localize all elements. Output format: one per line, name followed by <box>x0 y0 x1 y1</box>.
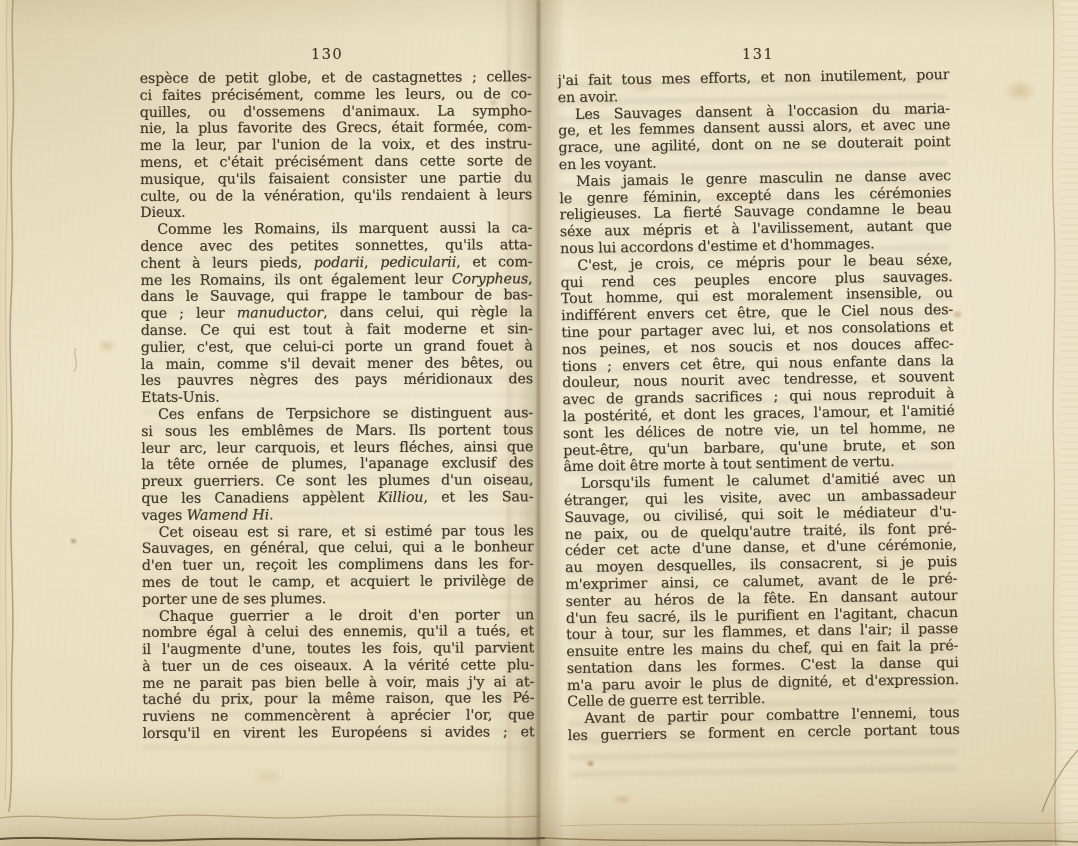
text-line: vages Wamend Hi. <box>141 506 533 525</box>
text-line: ci faites précisément, comme les leurs, … <box>140 86 532 105</box>
fox-stain <box>998 74 1042 108</box>
fox-stain <box>94 336 120 356</box>
text-line: à tuer un de ces oiseaux. A la vérité ce… <box>142 657 534 676</box>
text-line: ruviens ne commencèrent à aprécier l'or,… <box>142 707 534 726</box>
text-line: dence avec des petites sonnettes, qu'ils… <box>140 237 532 256</box>
left-deckle-line <box>9 0 13 812</box>
margin-scratch <box>74 348 76 372</box>
text-line: musique, qu'ils faisaient consister une … <box>140 170 532 189</box>
page-right-text-block: j'ai fait tous mes efforts, et non inuti… <box>557 67 960 745</box>
text-line: que ; leur manuductor, dans celui, qui r… <box>141 304 533 323</box>
text-line: me la leur, par l'union de la voix, et d… <box>140 136 532 155</box>
fox-stain <box>248 766 288 788</box>
text-line: preux guerriers. Ce sont les plumes d'un… <box>141 472 533 491</box>
text-line: Ces enfans de Terpsichore se distinguent… <box>141 405 533 424</box>
text-line: lorsqu'il en virent les Européens si avi… <box>142 724 534 743</box>
paragraph: Mais jamais le genre masculin ne danse a… <box>559 168 952 258</box>
text-line: espèce de petit globe, et de castagnette… <box>140 69 532 88</box>
text-line: quilles, ou d'ossemens d'animaux. La sym… <box>140 103 532 122</box>
right-page-fore-edge <box>1052 0 1078 846</box>
text-line: Chaque guerrier a le droit d'en porter u… <box>142 607 534 626</box>
paragraph: Les Sauvages dansent à l'occasion du mar… <box>558 101 951 174</box>
right-edge-line <box>1053 0 1056 846</box>
text-line: Sauvages, en général, que celui, qui a l… <box>142 539 534 558</box>
text-line: dans le Sauvage, qui frappe le tambour d… <box>140 288 532 307</box>
fox-stain <box>584 758 597 769</box>
text-line: que les Canadiens appèlent Killiou, et l… <box>141 489 533 508</box>
text-line: Etats-Unis. <box>141 388 533 407</box>
text-line: taché du prix, pour la même raison, que … <box>142 691 534 710</box>
text-line: nombre égal à celui des ennemis, qu'il a… <box>142 623 534 642</box>
paragraph: Avant de partir pour combattre l'ennemi,… <box>567 705 959 745</box>
text-line: il l'augmente d'une, toutes les fois, qu… <box>142 640 534 659</box>
corner-crack <box>1042 750 1078 812</box>
bottom-page-edge-shading <box>0 804 1078 846</box>
text-line: culte, ou de la vénération, qu'ils renda… <box>140 187 532 206</box>
text-line: mes de tout le camp, et acquiert le priv… <box>142 573 534 592</box>
book-scan: 130 131 espèce de petit globe, et de cas… <box>0 0 1078 846</box>
text-line: les pauvres nègres des pays méridionaux … <box>141 371 533 390</box>
text-line: leur arc, leur carquois, et leurs fléche… <box>141 439 533 458</box>
paragraph: Chaque guerrier a le droit d'en porter u… <box>142 607 535 743</box>
text-line: danse. Ce qui est tout à fait moderne et… <box>141 321 533 340</box>
paragraph: C'est, je crois, ce mépris pour le beau … <box>560 252 955 476</box>
text-line: mens, et c'était précisément dans cette … <box>140 153 532 172</box>
text-line: Cet oiseau est si rare, et si estimé par… <box>142 523 534 542</box>
gutter-crease-dark <box>537 0 540 846</box>
text-line: porter une de ses plumes. <box>142 590 534 609</box>
text-line: si sous les emblêmes de Mars. Ils porten… <box>141 422 533 441</box>
fox-stain <box>608 792 636 807</box>
text-line: gulier, c'est, que celui-ci porte un gra… <box>141 338 533 357</box>
text-line: me les Romains, ils ont également leur C… <box>140 271 532 290</box>
paragraph: Ces enfans de Terpsichore se distinguent… <box>141 405 534 524</box>
left-page-deckle-edge <box>0 0 16 846</box>
page-number-right: 131 <box>562 47 954 63</box>
text-line: nie, la plus favorite des Grecs, était f… <box>140 120 532 139</box>
bottom-right-page-line <box>560 822 1078 826</box>
text-line: me ne parait pas bien belle à voir, mais… <box>142 674 534 693</box>
text-line: Comme les Romains, ils marquent aussi la… <box>140 220 532 239</box>
paragraph: espèce de petit globe, et de castagnette… <box>140 69 533 222</box>
page-left-text-block: espèce de petit globe, et de castagnette… <box>140 69 535 743</box>
fox-stain <box>68 536 79 546</box>
bottom-crack-left <box>0 838 545 841</box>
text-line: Dieux. <box>140 204 532 223</box>
paragraph: Lorsqu'ils fument le calumet d'amitié av… <box>564 470 960 711</box>
text-line: la main, comme s'il devait mener des bêt… <box>141 355 533 374</box>
bottom-crack-right <box>545 838 1078 843</box>
page-number-left: 130 <box>131 47 523 63</box>
paragraph: Comme les Romains, ils marquent aussi la… <box>140 220 533 406</box>
text-line: la tête ornée de plumes, l'apanage exclu… <box>141 455 533 474</box>
paragraph: Cet oiseau est si rare, et si estimé par… <box>142 523 534 609</box>
text-line: d'en tuer un, reçoit les complimens dans… <box>142 556 534 575</box>
left-deckle-line-faint <box>5 0 8 800</box>
right-edge-page-striations <box>1060 0 1078 846</box>
text-line: chent à leurs pieds, podarii, pediculari… <box>140 254 532 273</box>
bottom-deckle-tear <box>0 815 540 819</box>
